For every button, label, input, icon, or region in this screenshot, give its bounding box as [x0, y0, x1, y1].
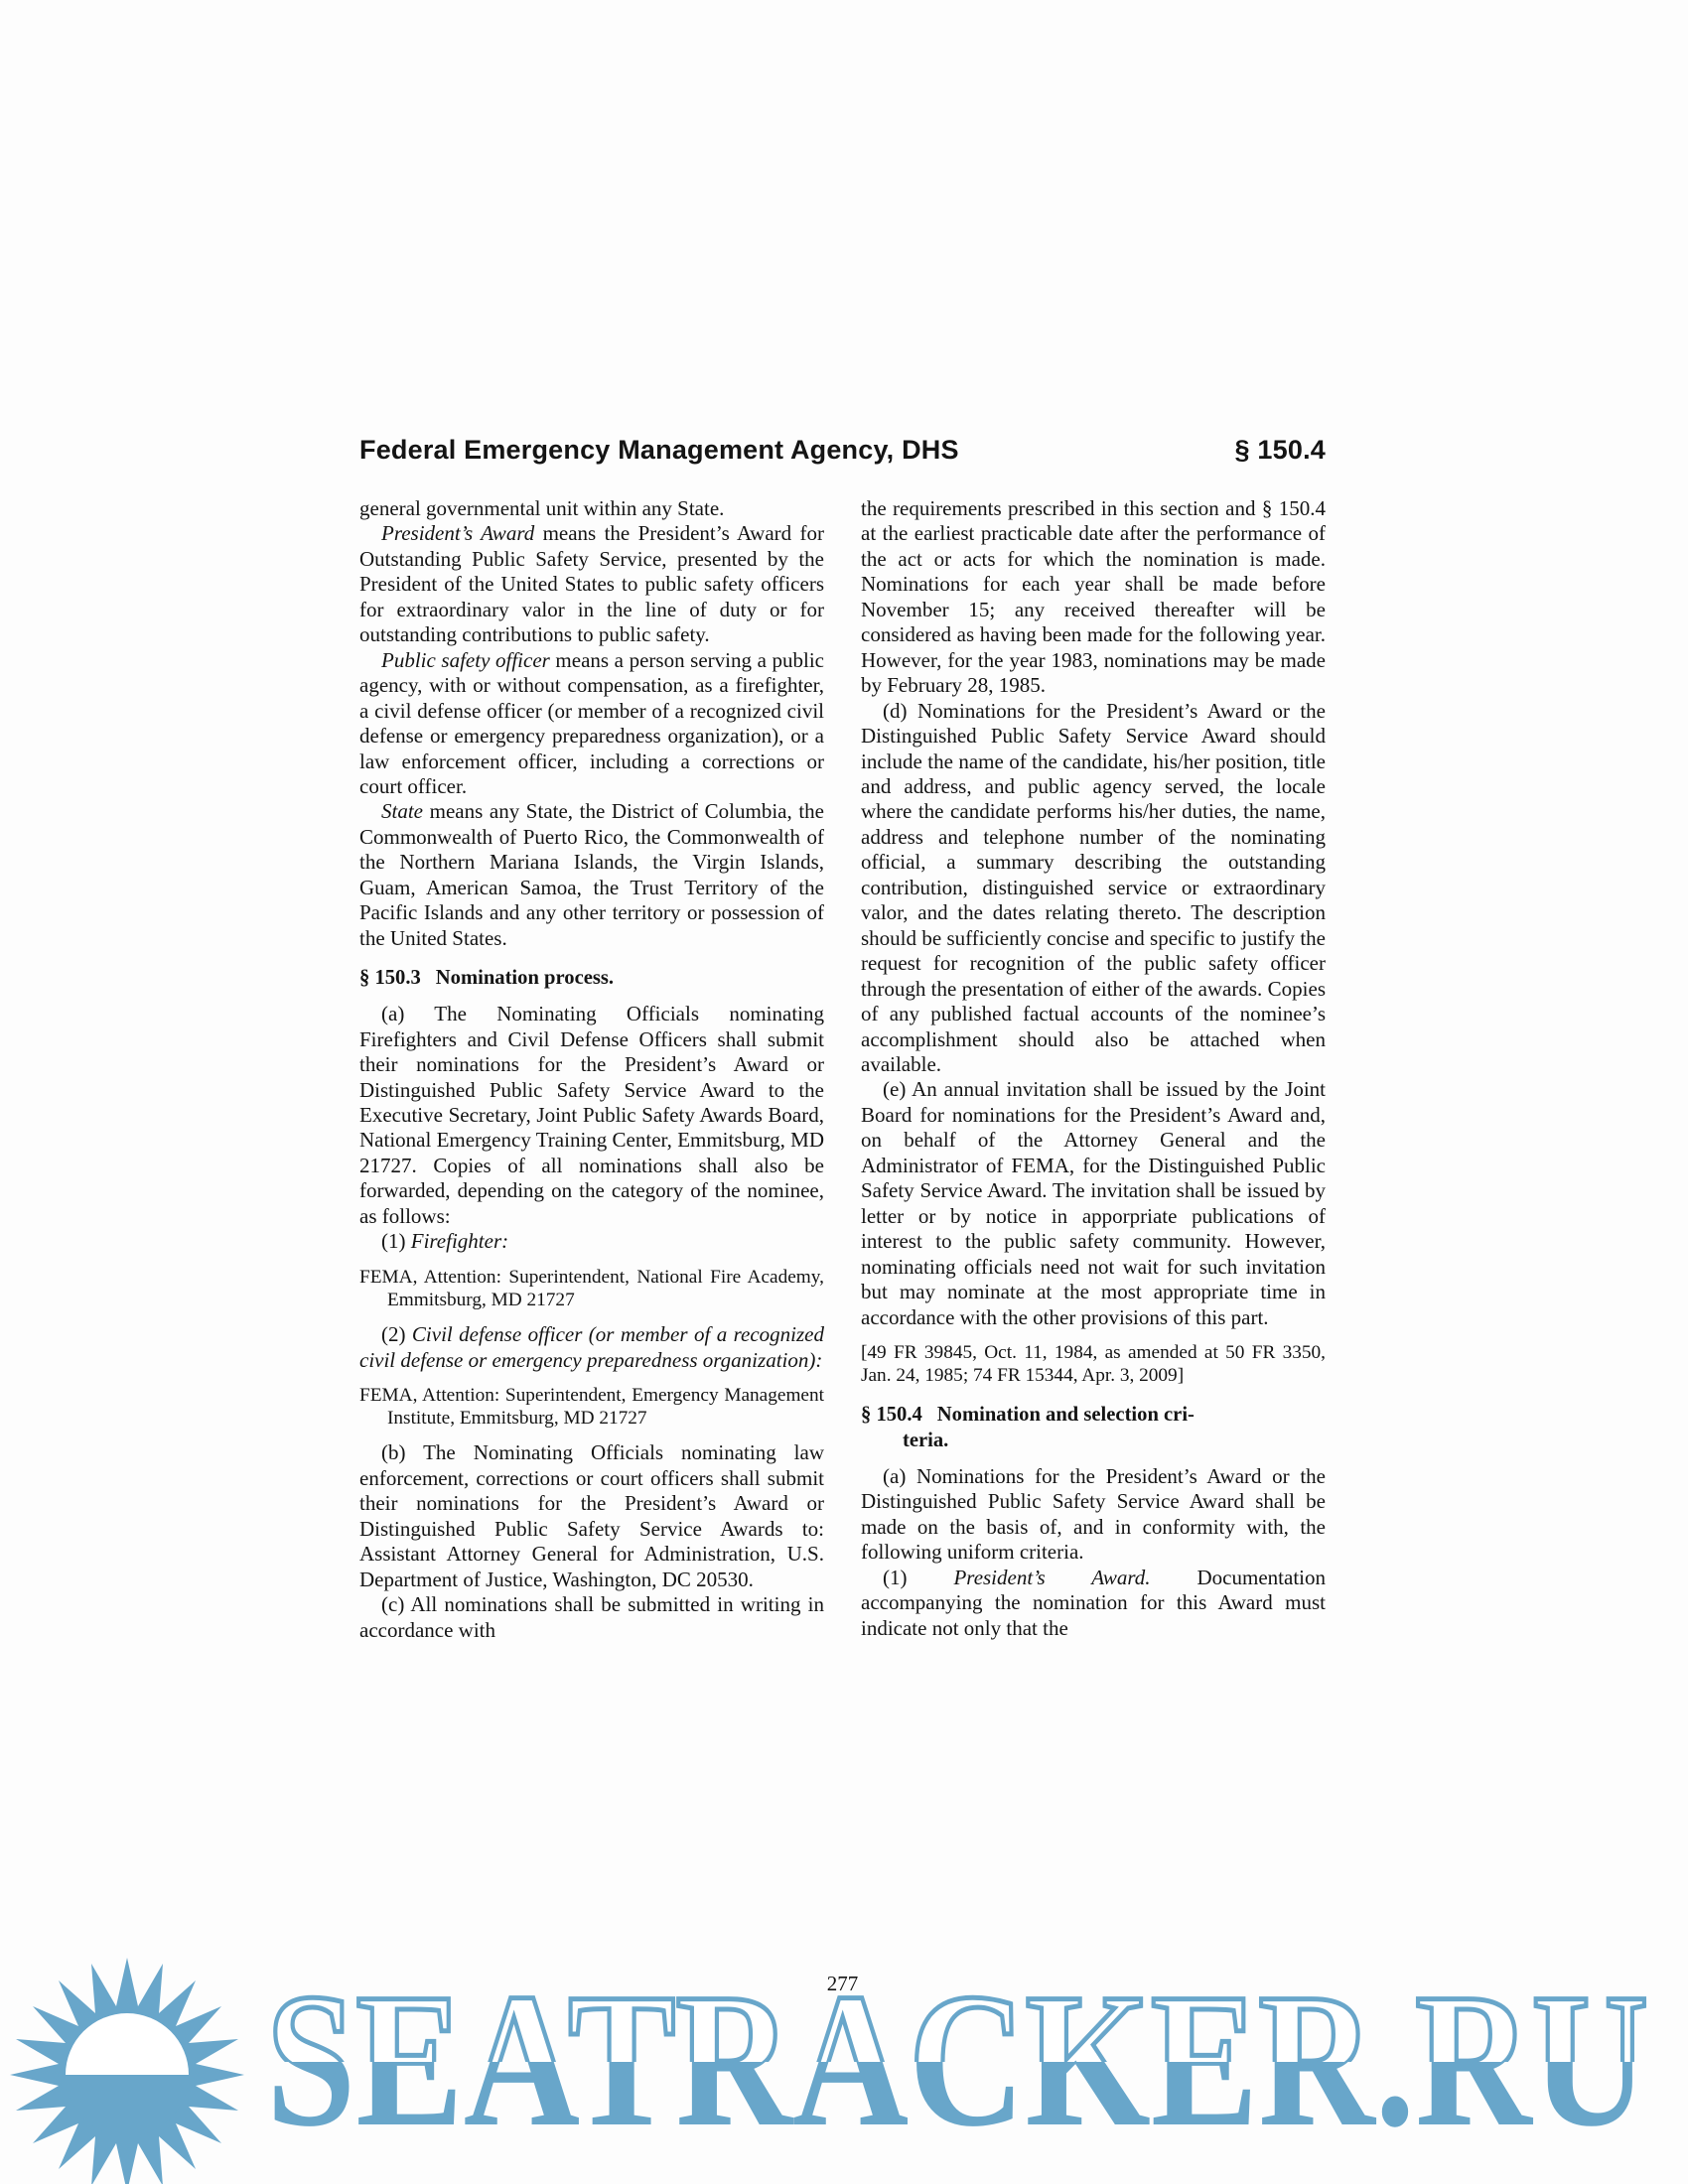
two-column-text: general governmental unit within any Sta…: [359, 496, 1326, 1643]
section-title-line1: Nomination and selection cri-: [937, 1404, 1195, 1426]
page-number: 277: [359, 1972, 1326, 1996]
sun-icon: [10, 1958, 244, 2184]
item-label: (1): [883, 1566, 953, 1589]
running-head: Federal Emergency Management Agency, DHS: [359, 435, 959, 466]
item-label: (2): [381, 1322, 412, 1346]
definition-state: State means any State, the District of C…: [359, 799, 824, 951]
right-column: the requirements prescribed in this sect…: [861, 496, 1326, 1643]
paragraph-e: (e) An annual invitation shall be issued…: [861, 1077, 1326, 1330]
defined-term: Public safety officer: [381, 648, 550, 672]
list-item-2: (2) Civil defense officer (or member of …: [359, 1322, 824, 1373]
section-title-line2: teria.: [903, 1430, 948, 1451]
paragraph-a: (a) The Nominating Officials nominating …: [359, 1002, 824, 1229]
section-heading-150-3: § 150.3Nomination process.: [359, 965, 824, 991]
item-term: Firefighter:: [411, 1229, 508, 1253]
section-title: Nomination process.: [436, 967, 614, 989]
paragraph-continuation: general governmental unit within any Sta…: [359, 496, 824, 521]
paragraph-c-continuation: the requirements prescribed in this sect…: [861, 496, 1326, 699]
definition-presidents-award: President’s Award means the President’s …: [359, 521, 824, 647]
paragraph-a-150-4: (a) Nominations for the President’s Awar…: [861, 1464, 1326, 1566]
definition-public-safety-officer: Public safety officer means a person ser…: [359, 648, 824, 800]
definition-text: means any State, the District of Columbi…: [359, 799, 824, 949]
federal-register-citation: [49 FR 39845, Oct. 11, 1984, as amended …: [861, 1341, 1326, 1388]
watermark: SEATRACKER.RU SEATRACKER.RU: [0, 1911, 1688, 2184]
document-page: SEATRACKER.RU SEATRACKER.RU Federal Emer…: [0, 0, 1688, 2184]
defined-term: President’s Award: [381, 521, 534, 545]
item-term: Civil defense officer (or member of a re…: [359, 1322, 824, 1371]
defined-term: State: [381, 799, 423, 823]
left-column: general governmental unit within any Sta…: [359, 496, 824, 1643]
section-number: § 150.3: [359, 967, 421, 989]
paragraph-b: (b) The Nominating Officials nominating …: [359, 1440, 824, 1592]
header-section-ref: § 150.4: [1235, 435, 1326, 466]
address-emergency-management-institute: FEMA, Attention: Superintendent, Emergen…: [359, 1384, 824, 1430]
section-heading-150-4: § 150.4Nomination and selection cri-teri…: [861, 1402, 1326, 1453]
list-item-presidents-award: (1) President’s Award. Documentation acc…: [861, 1566, 1326, 1641]
item-term: President’s Award.: [953, 1566, 1150, 1589]
list-item-1: (1) Firefighter:: [359, 1229, 824, 1254]
page-header: Federal Emergency Management Agency, DHS…: [359, 435, 1326, 466]
paragraph-c: (c) All nominations shall be submitted i…: [359, 1592, 824, 1643]
address-national-fire-academy: FEMA, Attention: Superintendent, Nationa…: [359, 1266, 824, 1311]
item-label: (1): [381, 1229, 411, 1253]
page-content: Federal Emergency Management Agency, DHS…: [359, 435, 1326, 1643]
section-number: § 150.4: [861, 1404, 922, 1426]
paragraph-d: (d) Nominations for the President’s Awar…: [861, 699, 1326, 1078]
